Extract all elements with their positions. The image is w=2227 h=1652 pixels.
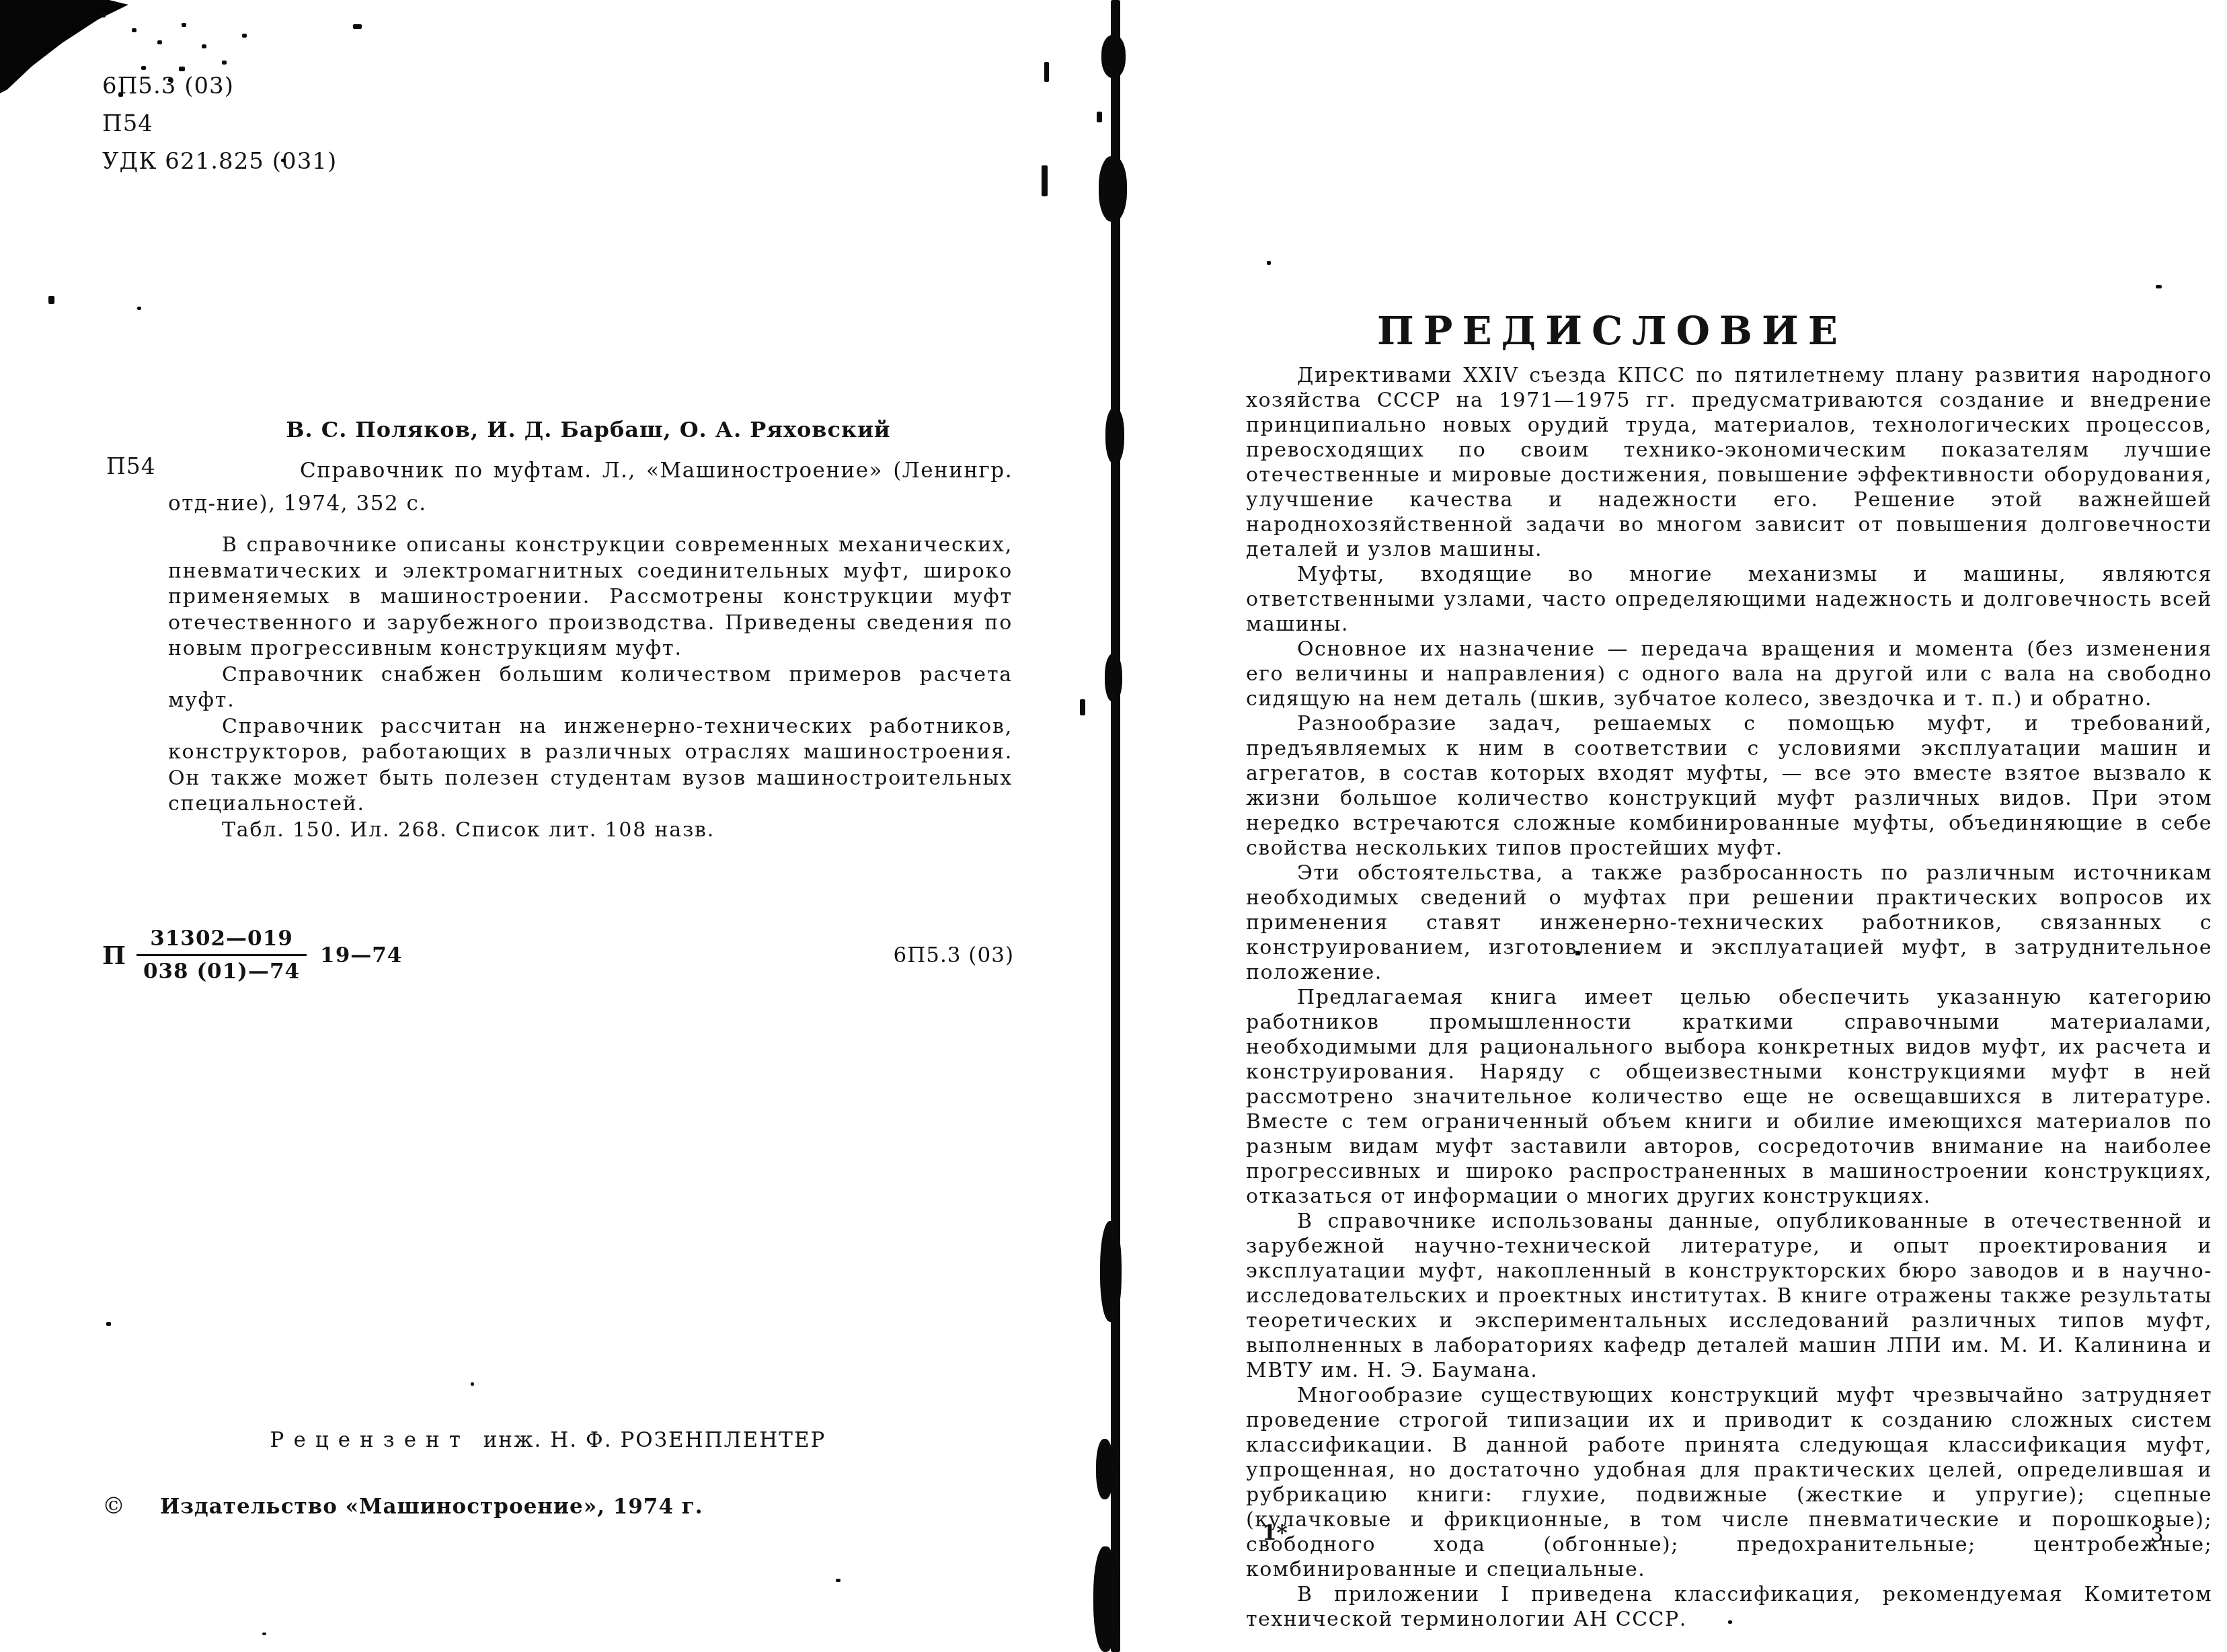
- gutter-blob: [1099, 156, 1127, 222]
- annotation-stats-line: Табл. 150. Ил. 268. Список лит. 108 назв…: [168, 818, 1013, 844]
- annotation-block: В справочнике описаны конструкции соврем…: [168, 533, 1013, 843]
- annotation-paragraph: Справочник снабжен большим количеством п…: [168, 662, 1013, 714]
- preface-paragraph: Многообразие существующих конструкций му…: [1246, 1383, 2212, 1582]
- preface-paragraph: Разнообразие задач, решаемых с помощью м…: [1246, 711, 2212, 861]
- gutter-blob: [1105, 654, 1122, 702]
- index-prefix: П: [102, 941, 126, 970]
- preface-paragraph: В приложении I приведена классификация, …: [1246, 1582, 2212, 1632]
- gutter-blob: [1100, 1221, 1122, 1322]
- gutter-blob: [1105, 407, 1124, 464]
- preface-paragraph: Предлагаемая книга имеет целью обеспечит…: [1246, 985, 2212, 1209]
- margin-author-sign: П54: [106, 453, 156, 479]
- reviewer-name: инж. Н. Ф. РОЗЕНПЛЕНТЕР: [483, 1428, 826, 1452]
- preface-paragraph: Эти обстоятельства, а также разбросаннос…: [1246, 861, 2212, 985]
- gutter-line: [1111, 0, 1120, 1652]
- page-number: 3: [2150, 1523, 2164, 1547]
- annotation-paragraph: В справочнике описаны конструкции соврем…: [168, 533, 1013, 662]
- signature-mark: 1*: [1262, 1521, 1288, 1545]
- gutter-blob: [1096, 1439, 1113, 1499]
- preface-paragraph: Основное их назначение — передача вращен…: [1246, 637, 2212, 711]
- book-spread: 6П5.3 (03) П54 УДК 621.825 (031) П54 В. …: [0, 0, 2227, 1652]
- publication-index: П 31302—019 038 (01)—74 19—74 6П5.3 (03): [102, 927, 1014, 984]
- bibliographic-entry: Справочник по муфтам. Л., «Машиностроени…: [168, 455, 1013, 520]
- index-fraction: 31302—019 038 (01)—74: [136, 927, 307, 984]
- annotation-paragraph: Справочник рассчитан на инженерно-технич…: [168, 714, 1013, 818]
- copyright-line: © Издательство «Машиностроение», 1974 г.: [102, 1493, 703, 1520]
- copyright-text: Издательство «Машиностроение», 1974 г.: [160, 1495, 703, 1519]
- udc-code: УДК 621.825 (031): [102, 143, 337, 180]
- classification-codes: 6П5.3 (03) П54 УДК 621.825 (031): [102, 67, 337, 180]
- authors-line: В. С. Поляков, И. Д. Барбаш, О. А. Ряхов…: [168, 417, 1009, 442]
- gutter-blob: [1101, 35, 1126, 78]
- reviewer-line: Рецензент инж. Н. Ф. РОЗЕНПЛЕНТЕР: [202, 1428, 894, 1452]
- index-suffix: 19—74: [320, 943, 402, 968]
- scan-artifact-fringe: [101, 13, 106, 17]
- fraction-numerator: 31302—019: [136, 927, 307, 954]
- index-right-code: 6П5.3 (03): [893, 943, 1014, 968]
- preface-paragraph: В справочнике использованы данные, опубл…: [1246, 1209, 2212, 1383]
- preface-paragraph: Муфты, входящие во многие механизмы и ма…: [1246, 562, 2212, 637]
- copyright-icon: ©: [102, 1493, 125, 1520]
- preface-text: Директивами XXIV съезда КПСС по пятилетн…: [1246, 363, 2212, 1632]
- gutter-blob: [1093, 1546, 1118, 1652]
- preface-paragraph: Директивами XXIV съезда КПСС по пятилетн…: [1246, 363, 2212, 562]
- author-sign-code: П54: [102, 105, 337, 143]
- bbk-code: 6П5.3 (03): [102, 67, 337, 105]
- preface-title: ПРЕДИСЛОВИЕ: [1377, 308, 1847, 354]
- fraction-denominator: 038 (01)—74: [136, 954, 307, 984]
- reviewer-label: Рецензент: [270, 1428, 470, 1452]
